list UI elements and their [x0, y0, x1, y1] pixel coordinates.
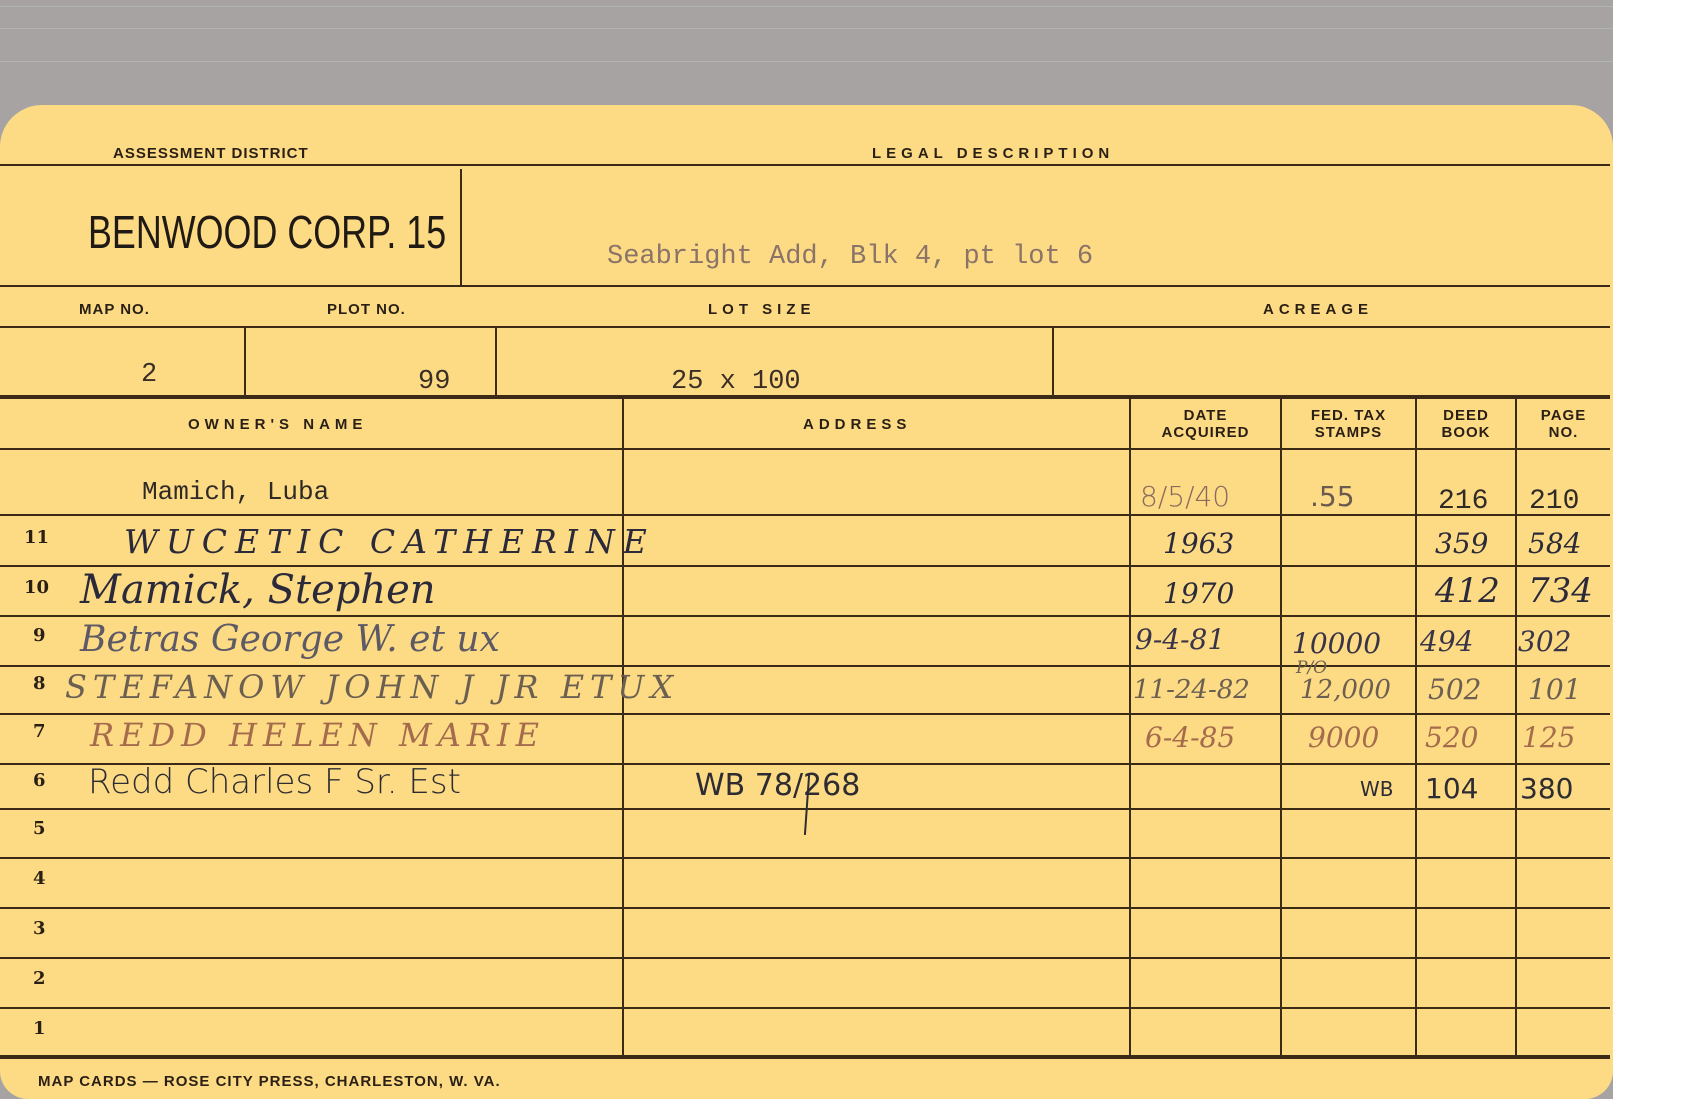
date-acquired-header: DATE ACQUIRED: [1131, 407, 1280, 441]
deed-book: 494: [1420, 625, 1473, 658]
row-rule: [0, 665, 1610, 667]
acreage-label: ACREAGE: [1263, 301, 1373, 318]
page-no: 584: [1528, 527, 1581, 560]
deed-book: 216: [1438, 486, 1488, 517]
page-no: 380: [1520, 772, 1573, 805]
tax-stamps: 12,000: [1300, 675, 1391, 705]
tax-stamps-header-line2: STAMPS: [1282, 424, 1415, 441]
owner-name: Redd Charles F Sr. Est: [88, 762, 461, 802]
row-number: 9: [33, 625, 46, 646]
tax-stamps: .55: [1310, 480, 1355, 513]
district-divider: [460, 169, 462, 287]
deed-book: 520: [1425, 721, 1478, 754]
deed-book-header-line1: DEED: [1417, 407, 1515, 424]
page-no-header: PAGE NO.: [1517, 407, 1610, 441]
page-no: 101: [1528, 673, 1581, 706]
date-acquired: 8/5/40: [1140, 480, 1230, 513]
page-no-header-line2: NO.: [1517, 424, 1610, 441]
row-number: 2: [33, 968, 46, 989]
property-map-card: ASSESSMENT DISTRICT LEGAL DESCRIPTION BE…: [0, 105, 1613, 1099]
printer-imprint-part1: MAP CARDS —: [38, 1073, 164, 1090]
row-number: 6: [33, 770, 46, 791]
table-bottom-rule: [0, 1055, 1610, 1059]
lot-acreage-divider: [1052, 328, 1054, 396]
page-no: 734: [1528, 571, 1593, 611]
date-acquired-header-line1: DATE: [1131, 407, 1280, 424]
date-acquired: 9-4-81: [1135, 623, 1225, 656]
lot-size-label: LOT SIZE: [708, 301, 816, 318]
tax-stamps: WB: [1360, 777, 1394, 801]
row-rule: [0, 857, 1610, 859]
tax-stamps: 9000: [1308, 721, 1379, 754]
plot-no-label: PLOT NO.: [327, 301, 406, 318]
printer-imprint: MAP CARDS — ROSE CITY PRESS, CHARLESTON,…: [38, 1073, 501, 1090]
row-rule: [0, 957, 1610, 959]
table-header-rule: [0, 448, 1610, 450]
tax-stamps-header-line1: FED. TAX: [1282, 407, 1415, 424]
page-no-header-line1: PAGE: [1517, 407, 1610, 424]
map-no-label: MAP NO.: [79, 301, 150, 318]
row-number: 1: [33, 1018, 46, 1039]
tax-stamps: 10000: [1292, 627, 1381, 660]
date-acquired-header-line2: ACQUIRED: [1131, 424, 1280, 441]
deed-book-header: DEED BOOK: [1417, 407, 1515, 441]
assessment-district-value: BENWOOD CORP. 15: [88, 205, 446, 259]
owner-name-header: OWNER'S NAME: [188, 416, 367, 433]
row-number: 5: [33, 818, 46, 839]
row-number: 4: [33, 868, 46, 889]
row-rule: [0, 615, 1610, 617]
row-rule: [0, 713, 1610, 715]
row-number: 11: [24, 527, 49, 548]
legal-description-label: LEGAL DESCRIPTION: [872, 145, 1114, 162]
lot-size-value: 25 x 100: [671, 367, 801, 397]
deed-book: 104: [1425, 772, 1478, 805]
owner-name: WUCETIC CATHERINE: [124, 522, 655, 561]
row-rule: [0, 907, 1610, 909]
address-header: ADDRESS: [803, 416, 911, 433]
page-no: 125: [1522, 721, 1575, 754]
deed-book-header-line2: BOOK: [1417, 424, 1515, 441]
row-rule: [0, 1007, 1610, 1009]
assessment-district-label: ASSESSMENT DISTRICT: [113, 145, 309, 162]
row-number: 7: [33, 721, 46, 742]
owner-name: Betras George W. et ux: [80, 619, 500, 660]
plot-lot-divider: [495, 328, 497, 396]
tax-stamps-header: FED. TAX STAMPS: [1282, 407, 1415, 441]
background-stripe: [0, 61, 1613, 62]
date-acquired: 1963: [1163, 527, 1234, 560]
owner-name: STEFANOW JOHN J JR ETUX: [65, 668, 679, 706]
date-acquired: 11-24-82: [1133, 675, 1250, 705]
plot-label-rule: [0, 326, 1610, 328]
map-no-value: 2: [141, 360, 157, 390]
background-stripe: [0, 28, 1613, 29]
row-number: 3: [33, 918, 46, 939]
deed-book: 359: [1435, 527, 1488, 560]
owner-name: Mamich, Luba: [142, 477, 329, 507]
map-plot-divider: [244, 328, 246, 396]
owner-name: Mamick, Stephen: [80, 567, 436, 613]
district-bottom-rule: [0, 285, 1610, 287]
page-no: 302: [1518, 625, 1571, 658]
printer-imprint-part2: ROSE CITY PRESS, CHARLESTON, W. VA.: [164, 1073, 501, 1090]
row-number: 10: [24, 577, 49, 598]
table-top-rule: [0, 395, 1610, 399]
date-acquired: 6-4-85: [1145, 721, 1235, 754]
plot-no-value: 99: [418, 367, 450, 397]
header-rule: [0, 164, 1610, 166]
row-number: 8: [33, 673, 46, 694]
deed-book: 412: [1435, 571, 1500, 611]
deed-book: 502: [1428, 673, 1481, 706]
legal-description-value: Seabright Add, Blk 4, pt lot 6: [607, 242, 1093, 272]
page-no: 210: [1529, 486, 1579, 517]
row-rule: [0, 514, 1610, 516]
date-acquired: 1970: [1163, 577, 1234, 610]
background-stripe: [0, 6, 1613, 7]
address-value: WB 78/268: [695, 768, 860, 803]
owner-name: REDD HELEN MARIE: [90, 716, 545, 754]
